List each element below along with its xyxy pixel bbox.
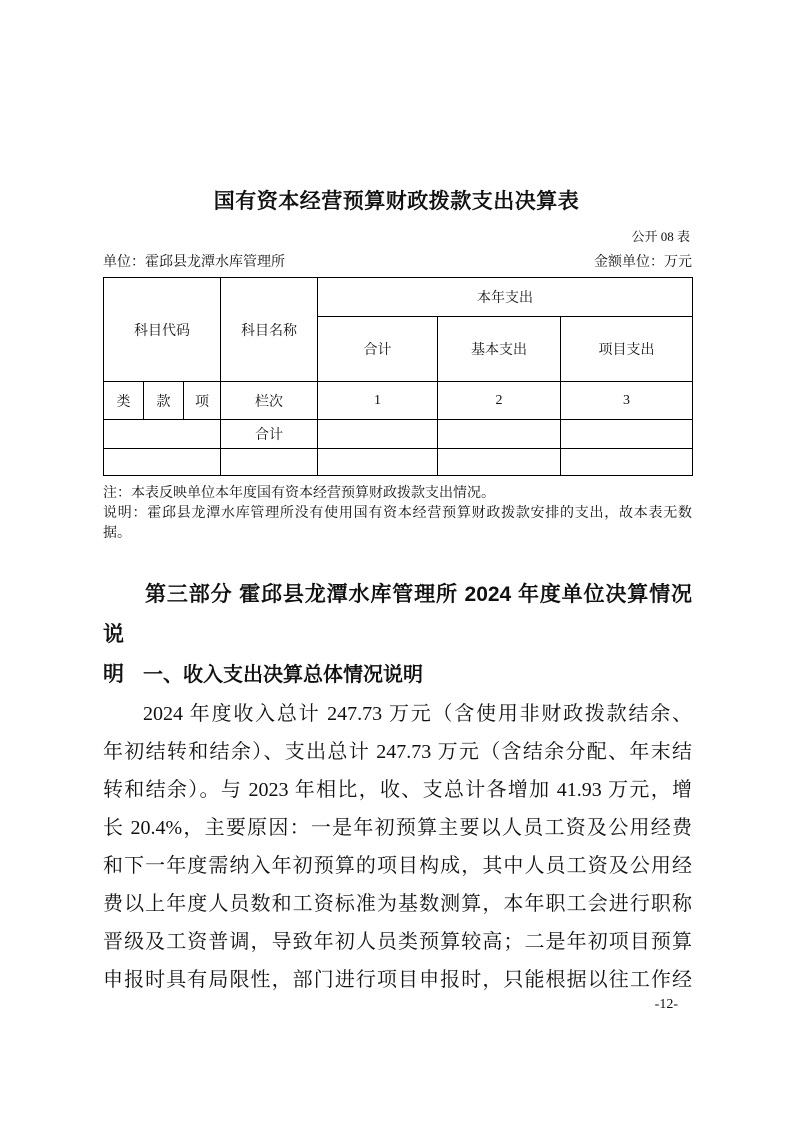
cell-basic — [438, 420, 561, 449]
document-page: 国有资本经营预算财政拨款支出决算表 公开 08 表 单位：霍邱县龙潭水库管理所 … — [0, 0, 793, 1122]
cell-code — [104, 449, 221, 476]
table-code-label: 公开 08 表 — [103, 226, 690, 245]
page-title: 国有资本经营预算财政拨款支出决算表 — [0, 185, 793, 215]
table-notes: 注：本表反映单位本年度国有资本经营预算财政拨款支出情况。 说明：霍邱县龙潭水库管… — [103, 484, 692, 544]
cell-name — [221, 449, 318, 476]
th-current-year-expenditure: 本年支出 — [318, 278, 693, 317]
cell-project — [561, 420, 693, 449]
paragraph-line: 晋级及工资普调，导致年初人员类预算较高；二是年初项目预算 — [103, 923, 692, 961]
table-column-index-row: 类 款 项 栏次 1 2 3 — [104, 382, 693, 420]
paragraph-line: 申报时具有局限性，部门进行项目申报时，只能根据以往工作经 — [103, 961, 692, 999]
cell-basic — [438, 449, 561, 476]
table-header-row-1: 科目代码 科目名称 本年支出 — [104, 278, 693, 317]
page-number: -12- — [103, 997, 678, 1013]
sub-heading: 一、收入支出决算总体情况说明 — [103, 655, 692, 695]
body-paragraph: 2024 年度收入总计 247.73 万元（含使用非财政拨款结余、 年初结转和结… — [103, 695, 692, 999]
th-column-label: 栏次 — [221, 382, 318, 420]
col-number-1: 1 — [318, 382, 438, 420]
table-row — [104, 449, 693, 476]
explanation-line-1: 说明：霍邱县龙潭水库管理所没有使用国有资本经营预算财政拨款安排的支出，故本表无数 — [103, 504, 692, 524]
paragraph-line: 年初结转和结余）、支出总计 247.73 万元（含结余分配、年末结 — [103, 733, 692, 771]
unit-label: 单位：霍邱县龙潭水库管理所 — [103, 251, 285, 271]
cell-total — [318, 420, 438, 449]
cell-total — [318, 449, 438, 476]
note-line: 注：本表反映单位本年度国有资本经营预算财政拨款支出情况。 — [103, 484, 692, 504]
th-basic-expenditure: 基本支出 — [438, 317, 561, 382]
th-item: 项 — [184, 382, 221, 420]
cell-name: 合计 — [221, 420, 318, 449]
th-subject-name: 科目名称 — [221, 278, 318, 382]
paragraph-line: 2024 年度收入总计 247.73 万元（含使用非财政拨款结余、 — [103, 695, 692, 733]
cell-code — [104, 420, 221, 449]
th-class: 类 — [104, 382, 144, 420]
explanation-line-2: 据。 — [103, 524, 692, 544]
cell-project — [561, 449, 693, 476]
table-row: 合计 — [104, 420, 693, 449]
paragraph-line: 转和结余）。与 2023 年相比，收、支总计各增加 41.93 万元，增 — [103, 771, 692, 809]
paragraph-line: 费以上年度人员数和工资标准为基数测算，本年职工会进行职称 — [103, 885, 692, 923]
section-heading-line-1: 第三部分 霍邱县龙潭水库管理所 2024 年度单位决算情况说 — [103, 575, 692, 655]
unit-info-row: 单位：霍邱县龙潭水库管理所 金额单位：万元 — [103, 251, 692, 271]
th-subject-code: 科目代码 — [104, 278, 221, 382]
amount-unit-label: 金额单位：万元 — [594, 251, 692, 271]
col-number-2: 2 — [438, 382, 561, 420]
paragraph-line: 和下一年度需纳入年初预算的项目构成，其中人员工资及公用经 — [103, 847, 692, 885]
col-number-3: 3 — [561, 382, 693, 420]
th-project-expenditure: 项目支出 — [561, 317, 693, 382]
budget-table: 科目代码 科目名称 本年支出 合计 基本支出 项目支出 类 款 项 栏次 1 2… — [103, 277, 693, 476]
th-section: 款 — [144, 382, 184, 420]
paragraph-line: 长 20.4%，主要原因：一是年初预算主要以人员工资及公用经费 — [103, 809, 692, 847]
th-total: 合计 — [318, 317, 438, 382]
